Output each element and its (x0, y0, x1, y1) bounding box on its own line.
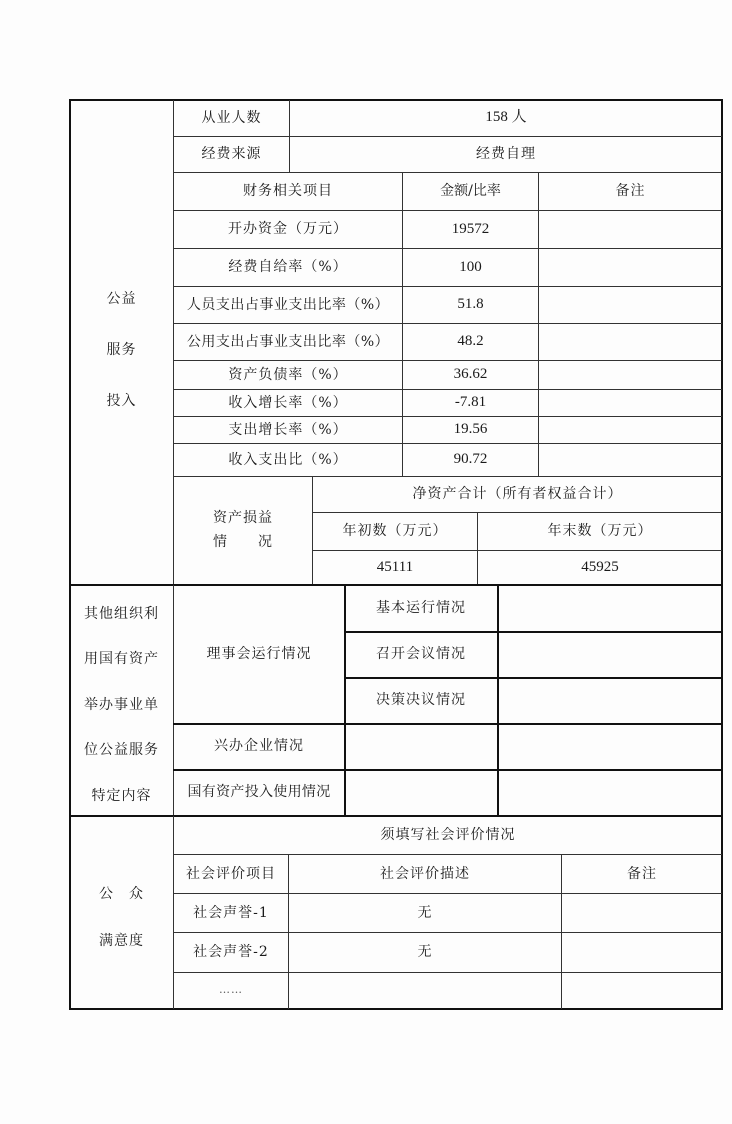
finance-value: -7.81 (403, 390, 538, 416)
enterprise-label: 兴办企业情况 (174, 724, 344, 769)
label-line: 公益 (107, 290, 137, 308)
eval-desc: 无 (289, 933, 561, 972)
divider (497, 585, 499, 815)
staff-value: 158 人 (290, 100, 722, 136)
year-start-label: 年初数（万元） (313, 513, 477, 550)
finance-item: 公用支出占事业支出比率（%） (174, 324, 402, 360)
finance-item: 收入增长率（%） (174, 390, 402, 416)
year-end-label: 年末数（万元） (478, 513, 722, 550)
finance-value: 36.62 (403, 361, 538, 389)
divider (538, 172, 539, 476)
label-line: 公 众 (99, 885, 144, 903)
finance-header-item: 财务相关项目 (174, 173, 402, 210)
table-border-left (69, 99, 71, 1010)
finance-value: 48.2 (403, 324, 538, 360)
funding-label: 经费来源 (174, 137, 289, 172)
eval-item: …… (174, 973, 288, 1008)
net-asset-header: 净资产合计（所有者权益合计） (313, 477, 722, 512)
board-row-basic: 基本运行情况 (345, 585, 497, 631)
staff-label: 从业人数 (174, 100, 289, 136)
section-label-public-service-input: 公益 服务 投入 (70, 290, 173, 410)
board-row-meetings: 召开会议情况 (345, 632, 497, 677)
finance-item: 收入支出比（%） (174, 444, 402, 476)
label-line: 资产损益 (213, 509, 273, 527)
label-line: 服务 (107, 341, 137, 359)
finance-value: 51.8 (403, 287, 538, 323)
state-asset-label: 国有资产投入使用情况 (174, 770, 344, 815)
section-label-other-org: 其他组织利 用国有资产 举办事业单 位公益服务 特定内容 (70, 605, 173, 805)
board-label: 理事会运行情况 (174, 585, 344, 723)
section-label-satisfaction: 公 众 满意度 (70, 885, 173, 950)
finance-value: 100 (403, 249, 538, 286)
finance-value: 90.72 (403, 444, 538, 476)
year-start-value: 45111 (313, 551, 477, 584)
finance-value: 19.56 (403, 417, 538, 443)
finance-item: 支出增长率（%） (174, 417, 402, 443)
label-line: 满意度 (99, 932, 144, 950)
finance-value: 19572 (403, 211, 538, 248)
board-row-decisions: 决策决议情况 (345, 678, 497, 723)
year-end-value: 45925 (478, 551, 722, 584)
funding-value: 经费自理 (290, 137, 722, 172)
eval-header-item: 社会评价项目 (174, 855, 288, 893)
finance-header-remark: 备注 (539, 173, 722, 210)
eval-desc: 无 (289, 894, 561, 932)
eval-item: 社会声誉-1 (174, 894, 288, 932)
label-line: 特定内容 (92, 787, 152, 805)
evaluation-title: 须填写社会评价情况 (174, 816, 722, 854)
label-line: 举办事业单 (84, 696, 159, 714)
finance-item: 经费自给率（%） (174, 249, 402, 286)
finance-item: 资产负债率（%） (174, 361, 402, 389)
table-border-bottom (69, 1008, 723, 1010)
finance-header-value: 金额/比率 (403, 173, 538, 210)
label-line: 用国有资产 (84, 650, 159, 668)
label-line: 位公益服务 (84, 741, 159, 759)
finance-item: 人员支出占事业支出比率（%） (174, 287, 402, 323)
label-line: 投入 (107, 392, 137, 410)
asset-label: 资产损益 情 况 (174, 500, 312, 560)
label-line: 其他组织利 (84, 605, 159, 623)
label-line: 情 况 (213, 533, 273, 551)
eval-header-remark: 备注 (562, 855, 722, 893)
eval-header-desc: 社会评价描述 (289, 855, 561, 893)
eval-item: 社会声誉-2 (174, 933, 288, 972)
finance-item: 开办资金（万元） (174, 211, 402, 248)
